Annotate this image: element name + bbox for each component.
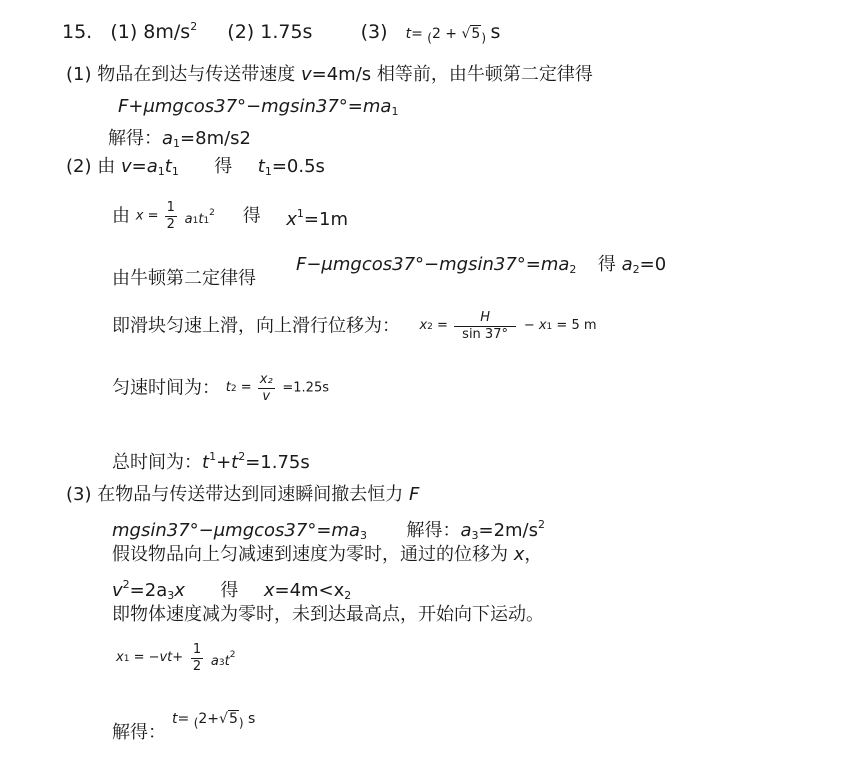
part1-solution: 解得：a1=8m/s2	[108, 128, 251, 155]
answer-summary: 15. (1) 8m/s2 (2) 1.75s (3) t= (2 + √5) …	[62, 16, 500, 49]
part2-slide-displacement: 即滑块匀速上滑，向上滑行位移为： x2 = Hsin 37° − x1 = 5 …	[112, 310, 597, 354]
question-number: 15.	[62, 21, 92, 43]
part2-newton-label: 由牛顿第二定律得	[112, 268, 256, 290]
sqrt-icon: √	[462, 26, 471, 42]
sqrt-icon: √	[219, 711, 228, 727]
part2-uniform-time: 匀速时间为： t2 = x₂v =1.25s	[112, 372, 329, 412]
part2-newton-equation: F−μmgcos37°−mgsin37°=ma2 得 a2=0	[296, 254, 666, 281]
part2-total-time: 总时间为：t1+t2=1.75s	[112, 446, 310, 474]
part3-displacement: x1 = −vt+ 12 a3t2	[116, 642, 235, 686]
part3-kinematics: v2=2a3x 得 x=4m<x2	[112, 574, 351, 607]
answer-3-label: (3)	[361, 21, 388, 43]
part3-assumption: 假设物品向上匀减速到速度为零时，通过的位移为 x，	[112, 544, 542, 566]
part3-equation: mgsin37°−μmgcos37°=ma3 解得：a3=2m/s2	[112, 514, 545, 547]
answer-1-value: 8m/s	[143, 21, 190, 43]
answer-1-label: (1)	[110, 21, 137, 43]
part3-final-label: 解得：	[112, 722, 166, 744]
part1-intro: (1) 物品在到达与传送带速度 v=4m/s 相等前，由牛顿第二定律得	[66, 64, 593, 86]
answer-2-value: 1.75s	[260, 21, 312, 43]
part3-final-formula: t= (2+√5) s	[172, 708, 255, 734]
answer-3-formula: t= (2 + √5)	[406, 26, 491, 42]
answer-2-label: (2)	[227, 21, 254, 43]
part2-velocity: (2) 由 v=a1t1 得 t1=0.5s	[66, 156, 325, 183]
part3-intro: (3) 在物品与传送带达到同速瞬间撤去恒力 F	[66, 484, 419, 506]
part1-equation: F+μmgcos37°−mgsin37°=ma1	[118, 96, 398, 123]
part2-displacement: 由 x = 12 a1t12 得 x1=1m	[112, 200, 348, 240]
part3-conclusion: 即物体速度减为零时，未到达最高点，开始向下运动。	[112, 604, 544, 626]
